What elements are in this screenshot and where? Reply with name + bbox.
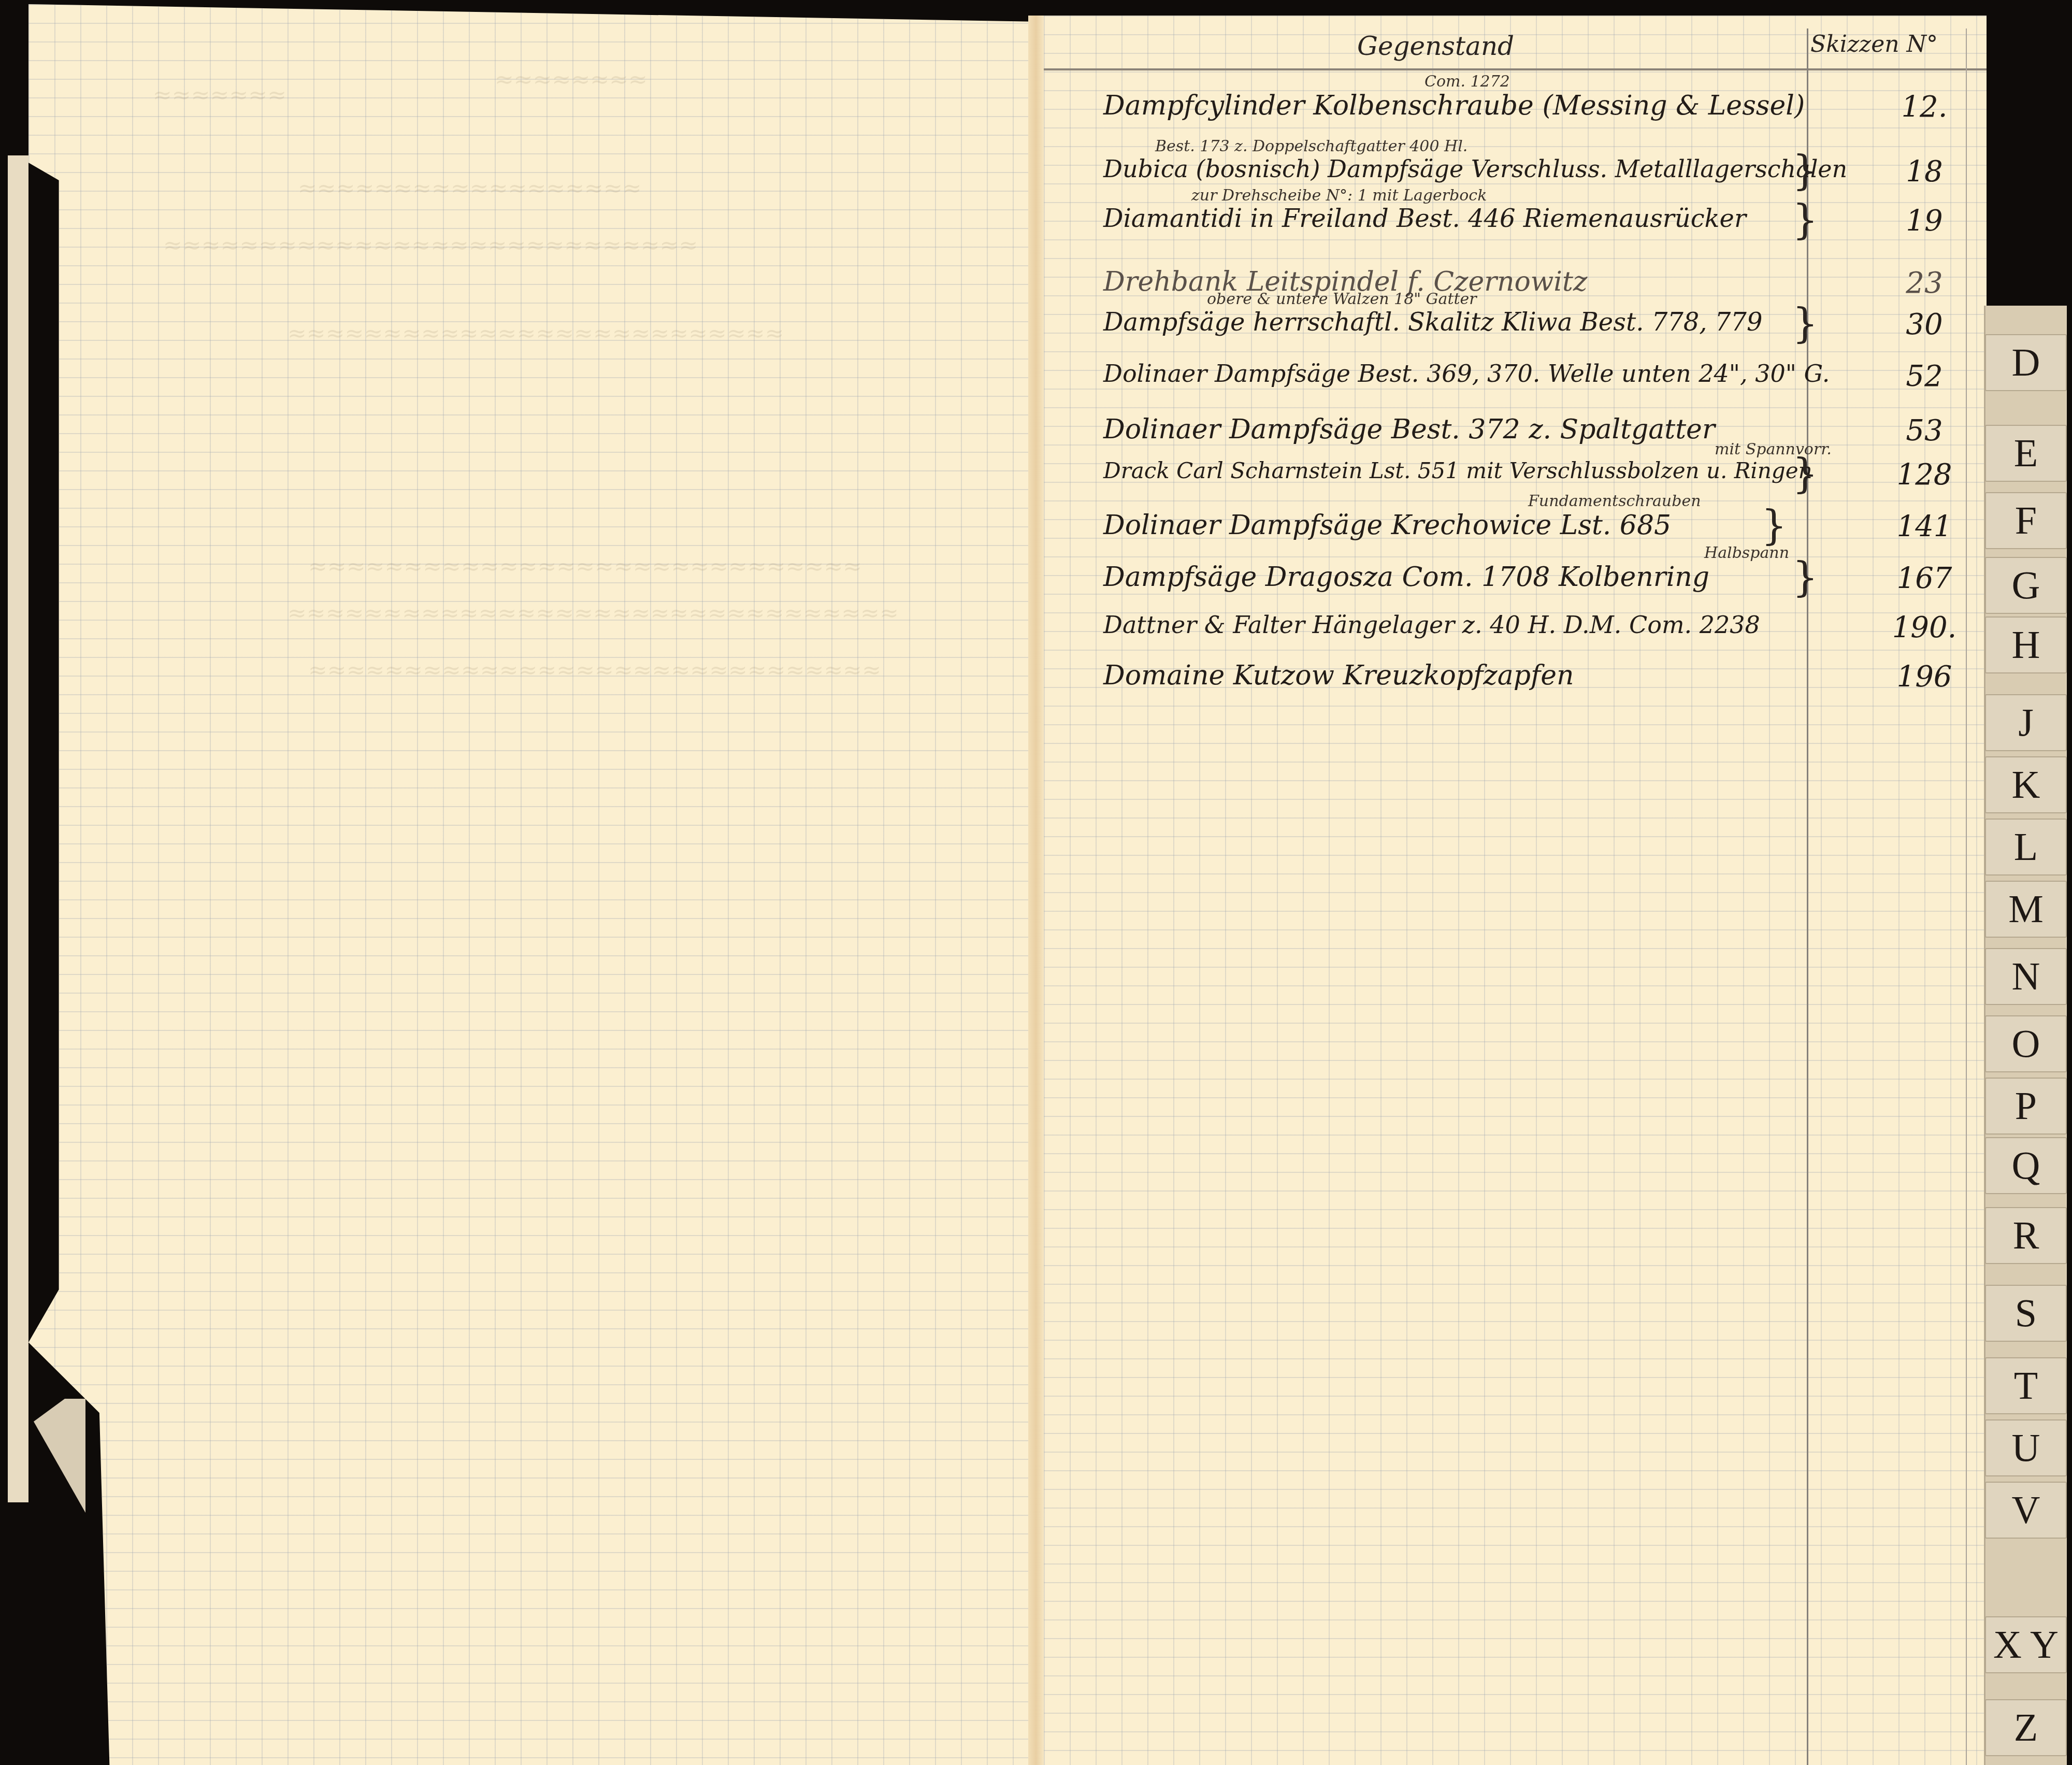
entry-sketch-number: 128 — [1880, 458, 1968, 492]
column-header-subject: Gegenstand — [1357, 31, 1514, 61]
entry-text: Drack Carl Scharnstein Lst. 551 mit Vers… — [1103, 458, 1812, 483]
index-tab-l[interactable]: L — [1985, 819, 2067, 876]
index-tab-xy[interactable]: X Y — [1985, 1616, 2067, 1673]
entry-text: Dattner & Falter Hängelager z. 40 H. D.M… — [1103, 611, 1760, 639]
entry-sketch-number: 52 — [1880, 360, 1968, 393]
index-tab-j[interactable]: J — [1985, 694, 2067, 751]
entry-text: Domaine Kutzow Kreuzkopfzapfen — [1103, 660, 1574, 691]
entry-sketch-number: 190. — [1880, 611, 1968, 644]
bleed-through-text: ≈≈≈≈≈≈≈≈ — [495, 66, 647, 93]
index-tab-e[interactable]: E — [1985, 425, 2067, 482]
index-tab-m[interactable]: M — [1985, 881, 2067, 938]
entry-sketch-number: 167 — [1880, 562, 1968, 595]
index-tab-k[interactable]: K — [1985, 756, 2067, 813]
entry-sketch-number: 19 — [1880, 204, 1968, 238]
index-tab-z[interactable]: Z — [1985, 1699, 2067, 1756]
entry-annotation: Fundamentschrauben — [1528, 492, 1701, 510]
entry-text: Dolinaer Dampfsäge Krechowice Lst. 685 — [1103, 510, 1671, 541]
bleed-through-text: ≈≈≈≈≈≈≈≈≈≈≈≈≈≈≈≈≈≈≈≈≈≈≈≈≈≈≈≈≈≈ — [308, 657, 881, 683]
index-tab-h[interactable]: H — [1985, 616, 2067, 673]
ledger-entry: Halbspann Dampfsäge Dragosza Com. 1708 K… — [1103, 544, 1797, 601]
brace-mark: } — [1792, 300, 1818, 347]
index-tab-g[interactable]: G — [1985, 557, 2067, 614]
bleed-through-text: ≈≈≈≈≈≈≈≈≈≈≈≈≈≈≈≈≈≈≈≈≈≈≈≈≈≈ — [287, 320, 784, 347]
background-edge — [2067, 0, 2072, 1765]
bleed-through-text: ≈≈≈≈≈≈≈≈≈≈≈≈≈≈≈≈≈≈≈≈≈≈≈≈≈≈≈≈ — [163, 232, 698, 259]
entry-text: Dampfsäge herrschaftl. Skalitz Kliwa Bes… — [1103, 308, 1762, 337]
ledger-entry: mit Spannvorr. Drack Carl Scharnstein Ls… — [1103, 440, 1797, 497]
brace-mark: } — [1761, 503, 1787, 549]
ledger-entry: Com. 1272 Dampfcylinder Kolbenschraube (… — [1103, 73, 1797, 130]
entry-annotation: Com. 1272 — [1424, 73, 1510, 91]
bleed-through-text: ≈≈≈≈≈≈≈≈≈≈≈≈≈≈≈≈≈≈≈≈≈≈≈≈≈≈≈≈≈≈≈≈ — [287, 600, 899, 626]
entry-sketch-number: 12. — [1880, 90, 1968, 124]
index-tab-q[interactable]: Q — [1985, 1137, 2067, 1194]
brace-mark: } — [1792, 197, 1818, 243]
bleed-through-text: ≈≈≈≈≈≈≈≈≈≈≈≈≈≈≈≈≈≈≈≈≈≈≈≈≈≈≈≈≈ — [308, 553, 862, 580]
column-divider — [1807, 28, 1808, 1765]
bleed-through-text: ≈≈≈≈≈≈≈ — [153, 82, 286, 108]
index-tab-d[interactable]: D — [1985, 334, 2067, 391]
entry-annotation: Halbspann — [1704, 544, 1789, 562]
ledger-entry: Fundamentschrauben Dolinaer Dampfsäge Kr… — [1103, 492, 1797, 549]
index-tab-f[interactable]: F — [1985, 492, 2067, 549]
index-tab-n[interactable]: N — [1985, 948, 2067, 1005]
entry-sketch-number: 196 — [1880, 660, 1968, 694]
ledger-entry: obere & untere Walzen 18" Gatter Dampfsä… — [1103, 290, 1797, 347]
entry-annotation: obere & untere Walzen 18" Gatter — [1207, 290, 1477, 308]
ledger-entry: Domaine Kutzow Kreuzkopfzapfen 196 — [1103, 642, 1797, 699]
entry-text: Diamantidi in Freiland Best. 446 Riemena… — [1103, 204, 1746, 233]
header-rule — [1044, 68, 1987, 70]
entry-text: Dampfcylinder Kolbenschraube (Messing & … — [1103, 90, 1805, 121]
index-tab-p[interactable]: P — [1985, 1078, 2067, 1135]
torn-corner — [34, 1399, 85, 1513]
entry-sketch-number: 23 — [1880, 266, 1968, 300]
brace-mark: } — [1792, 451, 1818, 497]
bleed-through-text: ≈≈≈≈≈≈≈≈≈≈≈≈≈≈≈≈≈≈ — [298, 175, 642, 202]
index-tab-v[interactable]: V — [1985, 1482, 2067, 1539]
index-tab-s[interactable]: S — [1985, 1285, 2067, 1342]
ledger-entry: Dattner & Falter Hängelager z. 40 H. D.M… — [1103, 593, 1797, 650]
entry-sketch-number: 141 — [1880, 510, 1968, 543]
index-tab-u[interactable]: U — [1985, 1419, 2067, 1476]
ledger-entry: zur Drehscheibe N°: 1 mit Lagerbock Diam… — [1103, 186, 1797, 243]
entry-text: Dolinaer Dampfsäge Best. 369, 370. Welle… — [1103, 360, 1830, 388]
ledger-entry: Best. 173 z. Doppelschaftgatter 400 Hl. … — [1103, 137, 1797, 194]
entry-sketch-number: 30 — [1880, 308, 1968, 341]
entry-text: Dubica (bosnisch) Dampfsäge Verschluss. … — [1103, 155, 1847, 183]
entry-annotation: Best. 173 z. Doppelschaftgatter 400 Hl. — [1155, 137, 1467, 155]
entry-sketch-number: 18 — [1880, 155, 1968, 189]
index-tab-r[interactable]: R — [1985, 1207, 2067, 1264]
underlying-sheet-edge — [8, 155, 28, 1502]
book-gutter — [1028, 16, 1044, 1765]
entry-sketch-number: 53 — [1880, 414, 1968, 448]
ledger-entry: Dolinaer Dampfsäge Best. 369, 370. Welle… — [1103, 342, 1797, 399]
column-header-sketch-number: Skizzen N° — [1810, 31, 1938, 58]
left-page: ≈≈≈≈≈≈≈ ≈≈≈≈≈≈≈≈ ≈≈≈≈≈≈≈≈≈≈≈≈≈≈≈≈≈≈ ≈≈≈≈… — [28, 4, 1041, 1765]
entry-text: Dampfsäge Dragosza Com. 1708 Kolbenring — [1103, 562, 1709, 593]
index-tab-t[interactable]: T — [1985, 1357, 2067, 1414]
index-tab-o[interactable]: O — [1985, 1015, 2067, 1072]
entry-annotation: zur Drehscheibe N°: 1 mit Lagerbock — [1191, 186, 1487, 205]
